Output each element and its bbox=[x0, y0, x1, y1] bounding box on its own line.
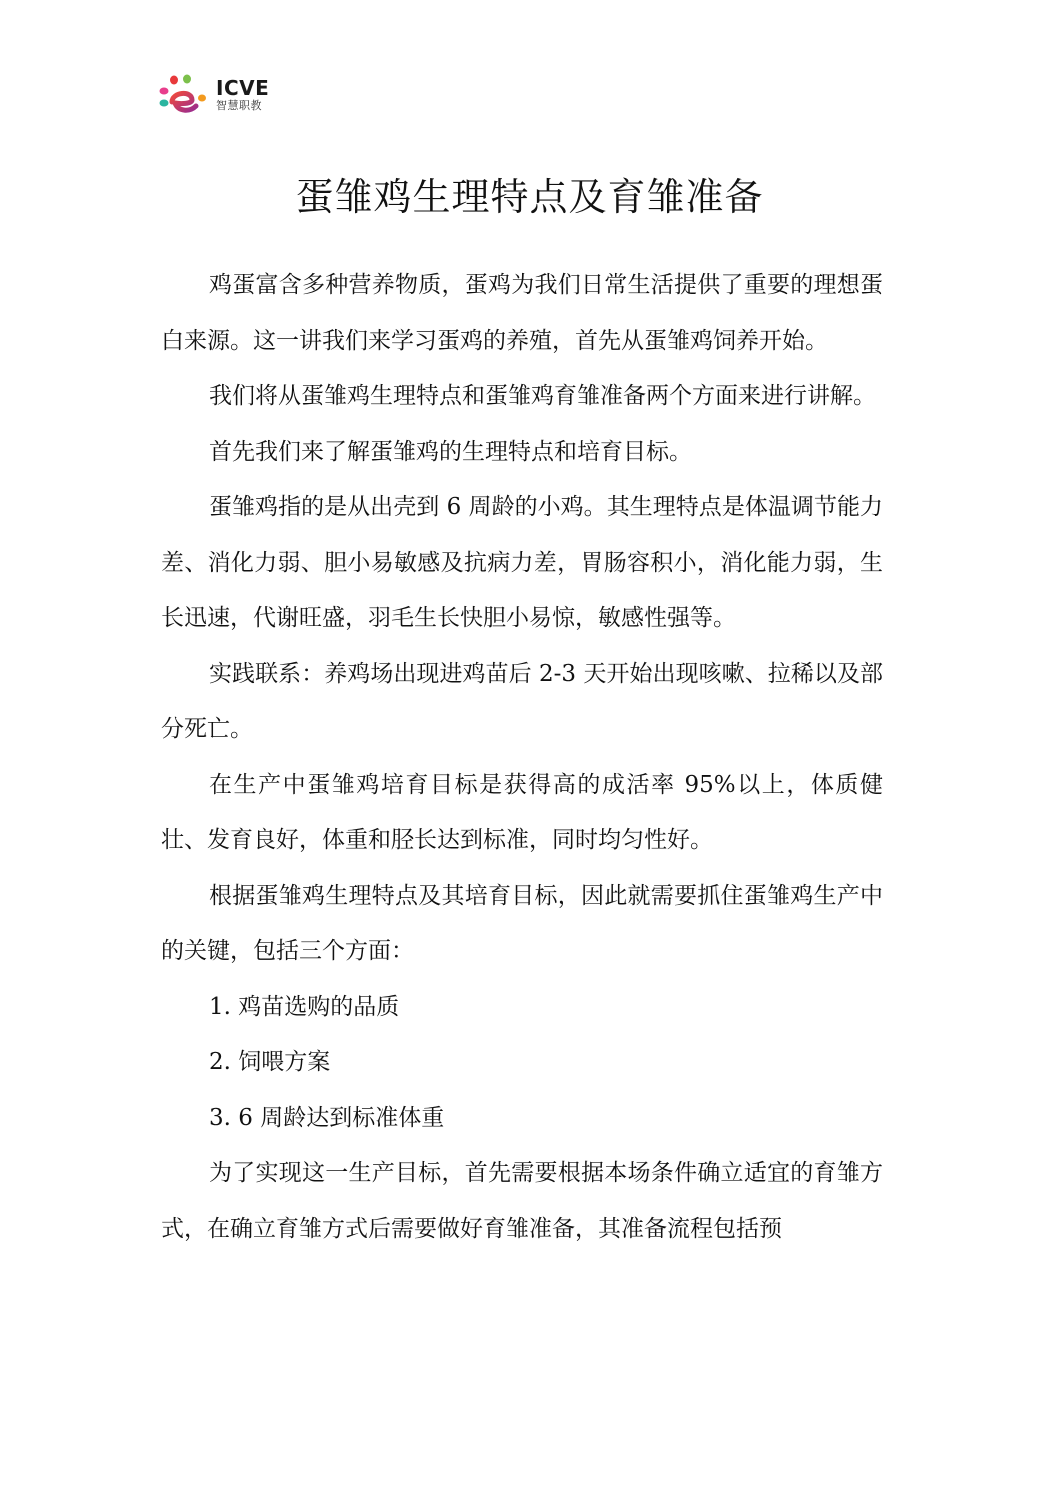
paragraph-goals: 在生产中蛋雏鸡培育目标是获得高的成活率 95%以上，体质健壮、发育良好，体重和胫… bbox=[161, 758, 883, 869]
list-item-3: 3. 6 周龄达到标准体重 bbox=[161, 1091, 883, 1147]
paragraph-physiology: 蛋雏鸡指的是从出壳到 6 周龄的小鸡。其生理特点是体温调节能力差、消化力弱、胆小… bbox=[161, 480, 883, 647]
logo-subtitle: 智慧职教 bbox=[216, 100, 262, 112]
paragraph-outline: 我们将从蛋雏鸡生理特点和蛋雏鸡育雏准备两个方面来进行讲解。 bbox=[161, 369, 883, 425]
list-item-2: 2. 饲喂方案 bbox=[161, 1035, 883, 1091]
paragraph-first-topic: 首先我们来了解蛋雏鸡的生理特点和培育目标。 bbox=[161, 425, 883, 481]
paragraph-intro: 鸡蛋富含多种营养物质，蛋鸡为我们日常生活提供了重要的理想蛋白来源。这一讲我们来学… bbox=[161, 258, 883, 369]
icve-logo: ICVE 智慧职教 bbox=[158, 74, 278, 120]
paragraph-key-points: 根据蛋雏鸡生理特点及其培育目标，因此就需要抓住蛋雏鸡生产中的关键，包括三个方面： bbox=[161, 869, 883, 980]
logo-wordmark: ICVE bbox=[216, 78, 269, 98]
icve-logo-mark-icon bbox=[158, 74, 210, 120]
paragraph-preparation: 为了实现这一生产目标，首先需要根据本场条件确立适宜的育雏方式，在确立育雏方式后需… bbox=[161, 1146, 883, 1257]
document-body: 鸡蛋富含多种营养物质，蛋鸡为我们日常生活提供了重要的理想蛋白来源。这一讲我们来学… bbox=[161, 258, 883, 1257]
paragraph-practice: 实践联系：养鸡场出现进鸡苗后 2-3 天开始出现咳嗽、拉稀以及部分死亡。 bbox=[161, 647, 883, 758]
list-item-1: 1. 鸡苗选购的品质 bbox=[161, 980, 883, 1036]
document-title: 蛋雏鸡生理特点及育雏准备 bbox=[0, 166, 1059, 221]
